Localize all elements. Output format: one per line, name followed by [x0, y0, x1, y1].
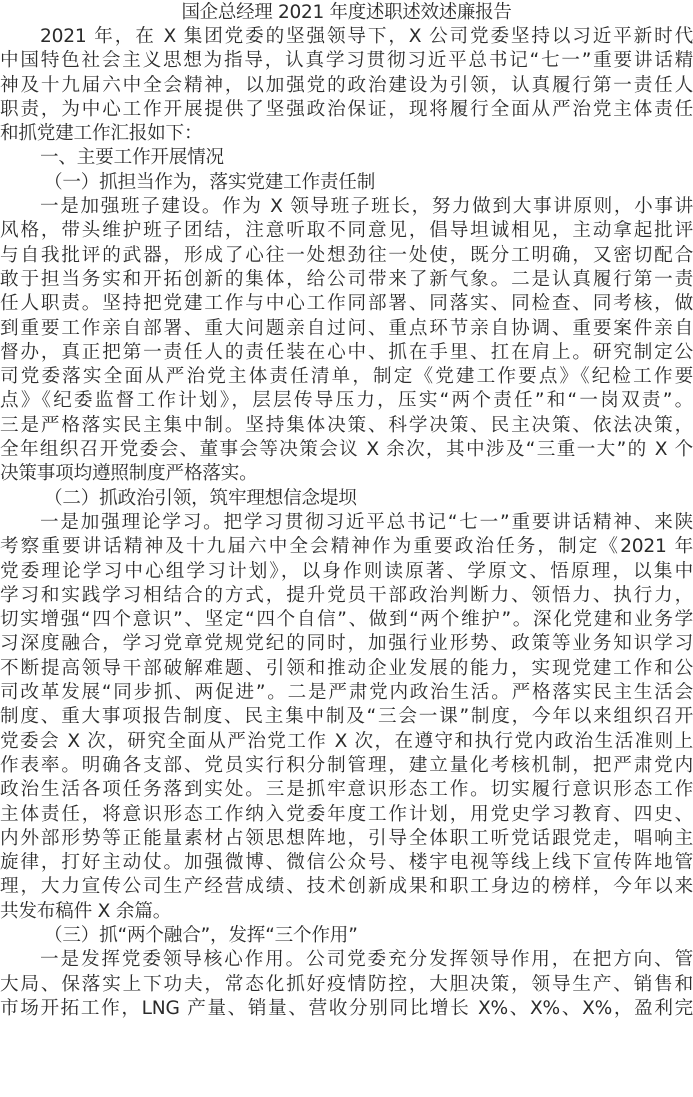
paragraph-line: 督办，真正把第一责任人的责任装在心中、抓在手里、扛在肩上。研究制定公	[0, 341, 693, 365]
paragraph-line: 制度、重大事项报告制度、民主集中制及“三会一课”制度，今年以来组织召开	[0, 705, 693, 729]
paragraph-line: 党委会 X 次，研究全面从严治党工作 X 次，在遵守和执行党内政治生活准则上	[0, 730, 693, 754]
paragraph-line: 全年组织召开党委会、董事会等决策会议 X 余次，其中涉及“三重一大”的 X 个	[0, 438, 693, 462]
paragraph-line: 主体责任，将意识形态工作纳入党委年度工作计划，用党史学习教育、四史、	[0, 803, 693, 827]
paragraph-line: 考察重要讲话精神及十九届六中全会精神作为重要政治任务，制定《2021 年	[0, 535, 693, 559]
paragraph-line: 学习和实践学习相结合的方式，提升党员干部政治判断力、领悟力、执行力，	[0, 584, 693, 608]
paragraph-line: 敢于担当务实和开拓创新的集体，给公司带来了新气象。二是认真履行第一责	[0, 268, 693, 292]
section-heading: （二）抓政治引领，筑牢理想信念堤坝	[0, 487, 693, 511]
paragraph-line: 切实增强“四个意识”、坚定“四个自信”、做到“两个维护”。深化党建和业务学	[0, 608, 693, 632]
paragraph-line: 理，大力宣传公司生产经营成绩、技术创新成果和职工身边的榜样，今年以来	[0, 875, 693, 899]
paragraph-line: 市场开拓工作，LNG 产量、销量、营收分别同比增长 X%、X%、X%，盈利完	[0, 997, 693, 1021]
paragraph-line: 风格，带头维护班子团结，注意听取不同意见，倡导坦诚相见，主动拿起批评	[0, 219, 693, 243]
paragraph-line: 点》《纪委监督工作计划》，层层传导压力，压实“两个责任”和“一岗双责”。	[0, 389, 693, 413]
paragraph-line: 三是严格落实民主集中制。坚持集体决策、科学决策、民主决策、依法决策，	[0, 414, 693, 438]
paragraph-line: 到重要工作亲自部署、重大问题亲自过问、重点环节亲自协调、重要案件亲自	[0, 317, 693, 341]
document-page: 国企总经理 2021 年度述职述效述廉报告 2021 年，在 X 集团党委的坚强…	[0, 0, 693, 1045]
paragraph-line: 和抓党建工作汇报如下：	[0, 122, 693, 146]
paragraph-line: 党委理论学习中心组学习计划》，以身作则读原著、学原文、悟原理，以集中	[0, 560, 693, 584]
paragraph-line: 一是加强班子建设。作为 X 领导班子班长，努力做到大事讲原则，小事讲	[0, 195, 693, 219]
cut-off-line	[0, 1021, 693, 1045]
paragraph-line: 中国特色社会主义思想为指导，认真学习贯彻习近平总书记“七一”重要讲话精	[0, 49, 693, 73]
paragraph-line: 司党委落实全面从严治党主体责任清单，制定《党建工作要点》《纪检工作要	[0, 365, 693, 389]
paragraph-line: 内外部形势等正能量素材占领思想阵地，引导全体职工听党话跟党走，唱响主	[0, 827, 693, 851]
section-heading: （一）抓担当作为，落实党建工作责任制	[0, 171, 693, 195]
paragraph-line: 旋律，打好主动仗。加强微博、微信公众号、楼宇电视等线上线下宣传阵地管	[0, 851, 693, 875]
paragraph-line: 神及十九届六中全会精神，以加强党的政治建设为引领，认真履行第一责任人	[0, 74, 693, 98]
paragraph-line: 决策事项均遵照制度严格落实。	[0, 462, 693, 486]
paragraph-line: 司改革发展“同步抓、两促进”。二是严肃党内政治生活。严格落实民主生活会	[0, 681, 693, 705]
paragraph-line: 不断提高领导干部破解难题、引领和推动企业发展的能力，实现党建工作和公	[0, 657, 693, 681]
paragraph-line: 职责，为中心工作开展提供了坚强政治保证，现将履行全面从严治党主体责任	[0, 98, 693, 122]
paragraph-line: 与自我批评的武器，形成了心往一处想劲往一处使，既分工明确，又密切配合	[0, 244, 693, 268]
paragraph-line: 2021 年，在 X 集团党委的坚强领导下，X 公司党委坚持以习近平新时代	[0, 25, 693, 49]
document-title: 国企总经理 2021 年度述职述效述廉报告	[0, 1, 693, 25]
section-heading: 一、主要工作开展情况	[0, 146, 693, 170]
paragraph-line: 一是加强理论学习。把学习贯彻习近平总书记“七一”重要讲话精神、来陕	[0, 511, 693, 535]
paragraph-line: 习深度融合，学习党章党规党纪的同时，加强行业形势、政策等业务知识学习	[0, 632, 693, 656]
paragraph-line: 一是发挥党委领导核心作用。公司党委充分发挥领导作用，在把方向、管	[0, 948, 693, 972]
paragraph-line: 共发布稿件 X 余篇。	[0, 900, 693, 924]
paragraph-line: 任人职责。坚持把党建工作与中心工作同部署、同落实、同检查、同考核，做	[0, 292, 693, 316]
paragraph-line: 作表率。明确各支部、党员实行积分制管理，建立量化考核机制，把严肃党内	[0, 754, 693, 778]
document-body: 2021 年，在 X 集团党委的坚强领导下，X 公司党委坚持以习近平新时代中国特…	[0, 25, 693, 1021]
paragraph-line: 政治生活各项任务落到实处。三是抓牢意识形态工作。切实履行意识形态工作	[0, 778, 693, 802]
section-heading: （三）抓“两个融合”，发挥“三个作用”	[0, 924, 693, 948]
paragraph-line: 大局、保落实上下功夫，常态化抓好疫情防控，大胆决策，领导生产、销售和	[0, 973, 693, 997]
